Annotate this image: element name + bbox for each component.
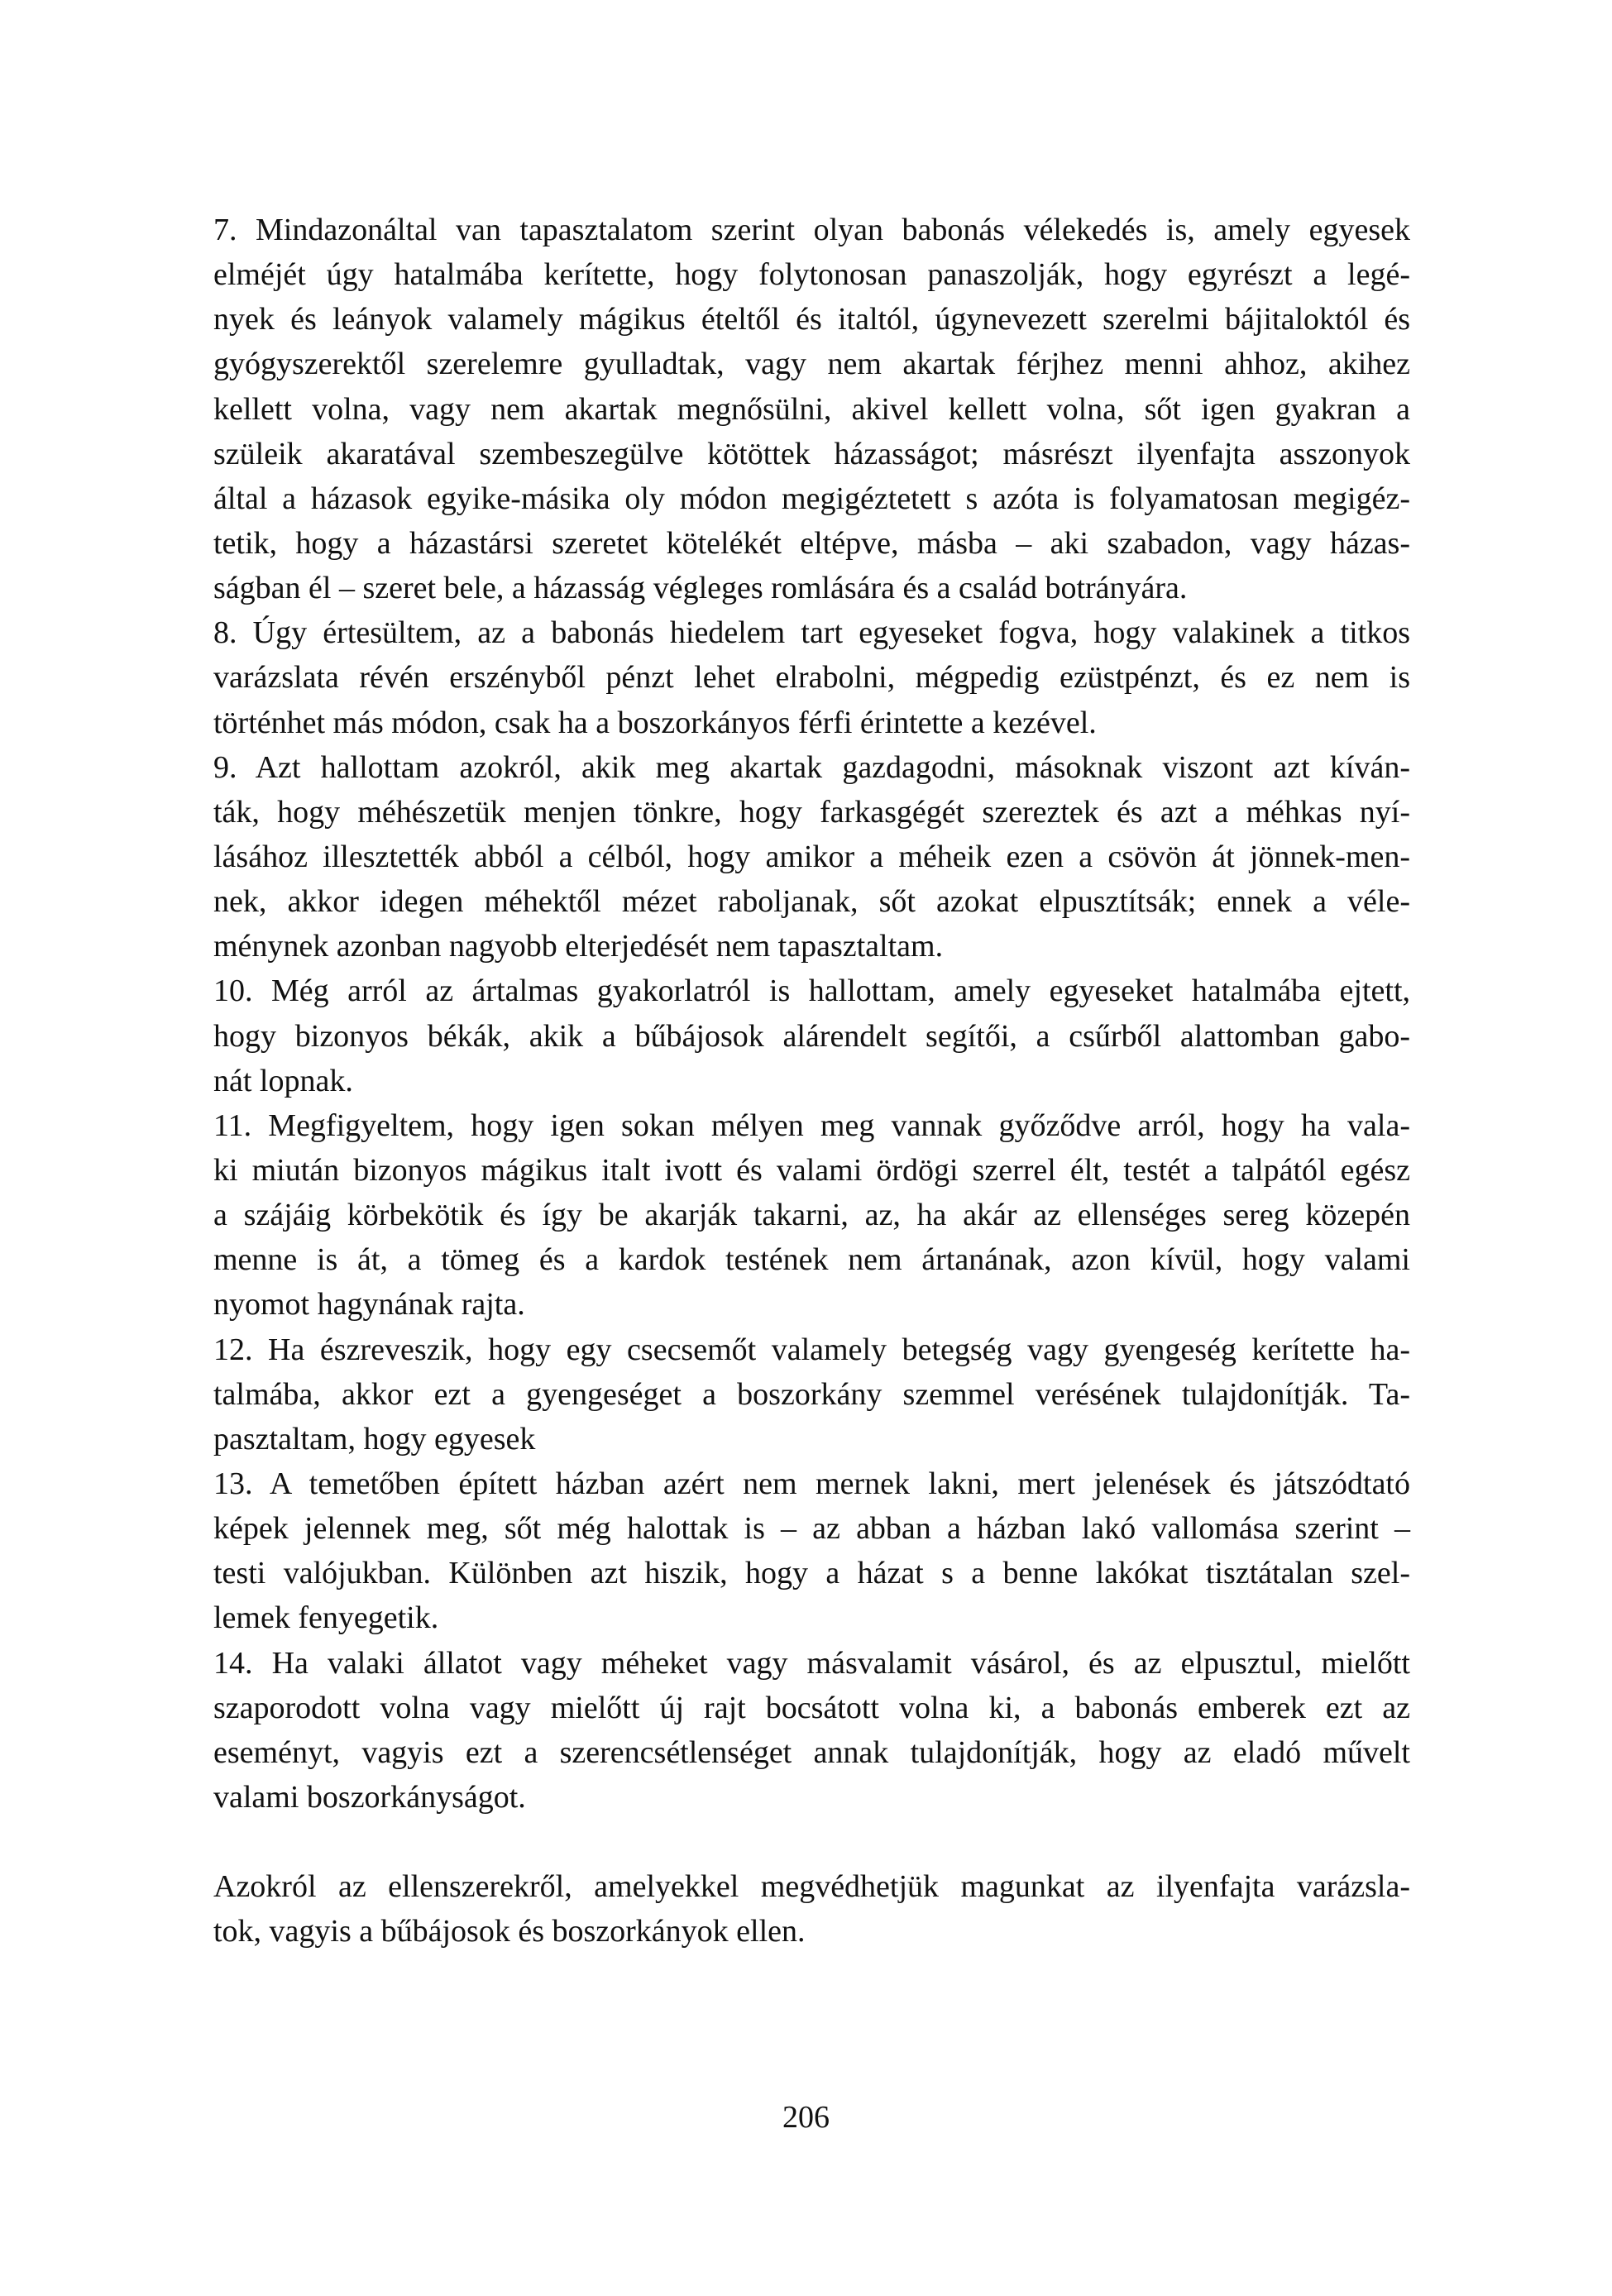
- text-line: a szájáig körbekötik és így be akarják t…: [213, 1193, 1410, 1237]
- text-line: Azokról az ellenszerekről, amelyekkel me…: [213, 1864, 1410, 1909]
- list-item-10: 10. Még arról az ártalmas gyakorlatról i…: [213, 969, 1410, 1103]
- text-line: testi valójukban. Különben azt hiszik, h…: [213, 1551, 1410, 1595]
- text-line: hogy bizonyos békák, akik a bűbájosok al…: [213, 1014, 1410, 1059]
- text-line: nyomot hagynának rajta.: [213, 1282, 1410, 1327]
- text-line: nát lopnak.: [213, 1059, 1410, 1103]
- text-line: 11. Megfigyeltem, hogy igen sokan mélyen…: [213, 1103, 1410, 1148]
- text-line: elméjét úgy hatalmába kerítette, hogy fo…: [213, 252, 1410, 297]
- text-line: szüleik akaratával szembeszegülve kötött…: [213, 432, 1410, 476]
- text-line: lemek fenyegetik.: [213, 1595, 1410, 1640]
- text-line: ságban él – szeret bele, a házasság végl…: [213, 566, 1410, 610]
- list-item-9: 9. Azt hallottam azokról, akik meg akart…: [213, 745, 1410, 969]
- list-item-7: 7. Mindazonáltal van tapasztalatom szeri…: [213, 208, 1410, 610]
- closing-paragraph: Azokról az ellenszerekről, amelyekkel me…: [213, 1864, 1410, 1954]
- text-line: varázslata révén erszényből pénzt lehet …: [213, 655, 1410, 700]
- text-line: talmába, akkor ezt a gyengeséget a boszo…: [213, 1372, 1410, 1417]
- text-line: ménynek azonban nagyobb elterjedését nem…: [213, 924, 1410, 969]
- text-line: 9. Azt hallottam azokról, akik meg akart…: [213, 745, 1410, 790]
- text-line: menne is át, a tömeg és a kardok testéne…: [213, 1237, 1410, 1282]
- paragraph-spacer: [213, 1820, 1410, 1864]
- text-line: ki miután bizonyos mágikus italt ivott é…: [213, 1148, 1410, 1193]
- text-line: szaporodott volna vagy mielőtt új rajt b…: [213, 1686, 1410, 1730]
- page-number: 206: [0, 2099, 1612, 2136]
- text-line: kellett volna, vagy nem akartak megnősül…: [213, 387, 1410, 432]
- text-line: 12. Ha észreveszik, hogy egy csecsemőt v…: [213, 1327, 1410, 1372]
- list-item-8: 8. Úgy értesültem, az a babonás hiedelem…: [213, 610, 1410, 744]
- text-line: 14. Ha valaki állatot vagy méheket vagy …: [213, 1641, 1410, 1686]
- text-line: 13. A temetőben épített házban azért nem…: [213, 1461, 1410, 1506]
- text-line: eseményt, vagyis ezt a szerencsétlensége…: [213, 1730, 1410, 1775]
- page-body: 7. Mindazonáltal van tapasztalatom szeri…: [213, 208, 1410, 1954]
- text-line: tetik, hogy a házastársi szeretet kötelé…: [213, 521, 1410, 566]
- text-line: 7. Mindazonáltal van tapasztalatom szeri…: [213, 208, 1410, 252]
- text-line: nek, akkor idegen méhektől mézet rabolja…: [213, 879, 1410, 924]
- text-line: tok, vagyis a bűbájosok és boszorkányok …: [213, 1909, 1410, 1954]
- list-item-13: 13. A temetőben épített házban azért nem…: [213, 1461, 1410, 1641]
- text-line: 10. Még arról az ártalmas gyakorlatról i…: [213, 969, 1410, 1013]
- text-line: 8. Úgy értesültem, az a babonás hiedelem…: [213, 610, 1410, 655]
- text-line: valami boszorkányságot.: [213, 1775, 1410, 1820]
- text-line: pasztaltam, hogy egyesek: [213, 1417, 1410, 1461]
- text-line: gyógyszerektől szerelemre gyulladtak, va…: [213, 342, 1410, 386]
- list-item-12: 12. Ha észreveszik, hogy egy csecsemőt v…: [213, 1327, 1410, 1461]
- text-line: által a házasok egyike-másika oly módon …: [213, 476, 1410, 521]
- text-line: képek jelennek meg, sőt még halottak is …: [213, 1506, 1410, 1551]
- list-item-11: 11. Megfigyeltem, hogy igen sokan mélyen…: [213, 1103, 1410, 1327]
- list-item-14: 14. Ha valaki állatot vagy méheket vagy …: [213, 1641, 1410, 1820]
- text-line: nyek és leányok valamely mágikus ételtől…: [213, 297, 1410, 342]
- text-line: lásához illesztették abból a célból, hog…: [213, 835, 1410, 879]
- text-line: történhet más módon, csak ha a boszorkán…: [213, 701, 1410, 745]
- text-line: ták, hogy méhészetük menjen tönkre, hogy…: [213, 790, 1410, 835]
